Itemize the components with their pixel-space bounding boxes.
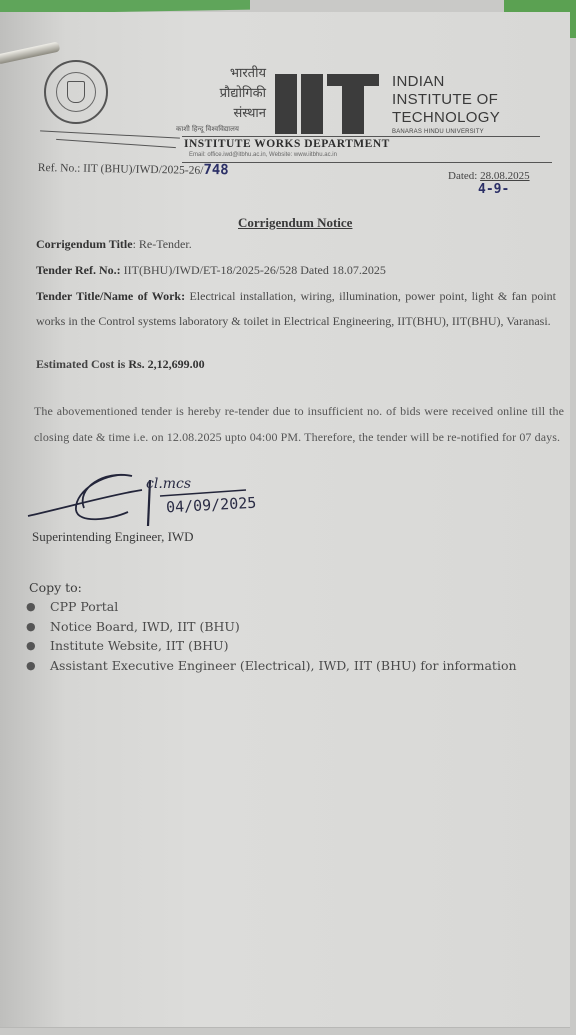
- notice-title: Corrigendum Notice: [238, 215, 352, 231]
- institute-emblem-icon: [44, 60, 108, 124]
- divider: [56, 139, 176, 148]
- corrigendum-title: Corrigendum Title: Re-Tender.: [36, 236, 192, 253]
- list-item: ●CPP Portal: [26, 597, 517, 617]
- signature-initials: cl.mcs: [146, 476, 191, 492]
- paper-clip: [0, 41, 60, 64]
- notice-body: The abovementioned tender is hereby re-t…: [34, 398, 564, 450]
- name-of-work: Tender Title/Name of Work: Electrical in…: [36, 284, 556, 334]
- hindi-university: काशी हिन्दू विश्वविद्यालय: [176, 125, 239, 134]
- hindi-name: भारतीय प्रौद्योगिकी संस्थान: [186, 64, 266, 124]
- contact-info: Email: office.iwd@itbhu.ac.in, Website: …: [189, 152, 337, 158]
- handwritten-ref-number: 748: [203, 162, 229, 178]
- iit-logo: [275, 74, 379, 134]
- reference-number: Ref. No.: IIT (BHU)/IWD/2025-26/748: [38, 159, 229, 178]
- university-name: BANARAS HINDU UNIVERSITY: [392, 129, 484, 135]
- bullet-icon: ●: [26, 639, 50, 652]
- list-item: ●Assistant Executive Engineer (Electrica…: [26, 656, 517, 676]
- divider: [40, 130, 180, 138]
- estimated-cost: Estimated Cost is Rs. 2,12,699.00: [36, 356, 205, 373]
- bullet-icon: ●: [26, 600, 50, 613]
- copy-to-list: ●CPP Portal ●Notice Board, IWD, IIT (BHU…: [26, 597, 517, 675]
- institute-name: INDIAN INSTITUTE OF TECHNOLOGY: [392, 73, 500, 127]
- list-item: ●Notice Board, IWD, IIT (BHU): [26, 617, 517, 637]
- bullet-icon: ●: [26, 659, 50, 672]
- divider: [182, 136, 540, 137]
- tender-ref: Tender Ref. No.: IIT(BHU)/IWD/ET-18/2025…: [36, 262, 386, 279]
- copy-to-label: Copy to:: [29, 580, 82, 595]
- dated-field: Dated: 28.08.2025: [448, 170, 530, 182]
- list-item: ●Institute Website, IIT (BHU): [26, 636, 517, 656]
- document-page: भारतीय प्रौद्योगिकी संस्थान काशी हिन्दू …: [0, 12, 570, 1028]
- signatory-designation: Superintending Engineer, IWD: [32, 529, 194, 545]
- handwritten-date: 4-9-: [478, 182, 509, 197]
- bullet-icon: ●: [26, 620, 50, 633]
- department-name: INSTITUTE WORKS DEPARTMENT: [184, 138, 390, 150]
- divider: [182, 162, 552, 163]
